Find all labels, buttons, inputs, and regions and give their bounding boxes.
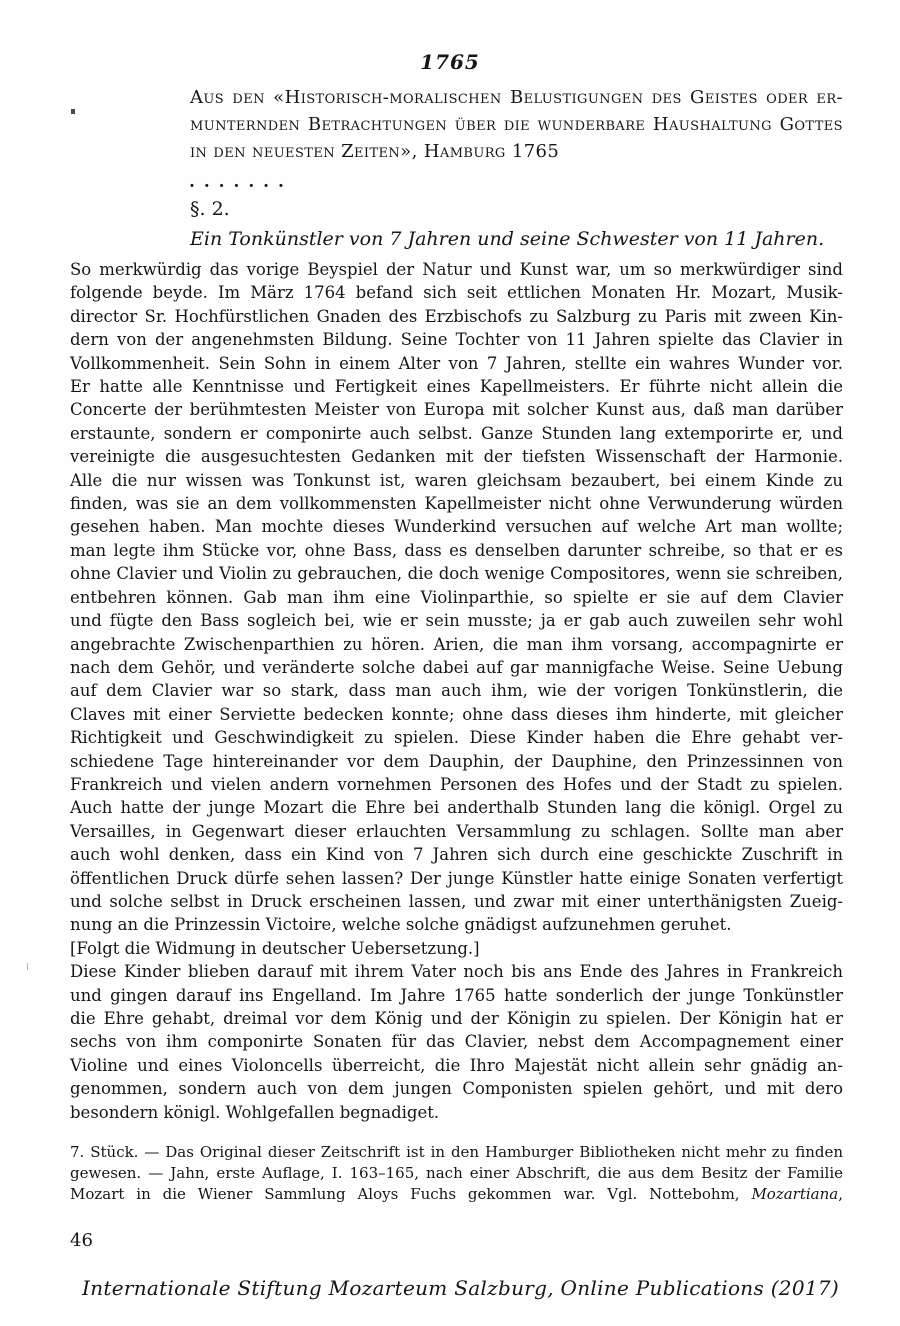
body-line: ohne Clavier und Violin zu gebrauchen, d… xyxy=(70,562,843,585)
source-citation-line: Aus den «Historisch-moralischen Belustig… xyxy=(190,84,843,111)
body-line: und fügte den Bass sogleich bei, wie er … xyxy=(70,609,843,632)
body-line: genommen, sondern auch von dem jungen Co… xyxy=(70,1077,843,1100)
section-number: §. 2. xyxy=(190,198,230,220)
body-line: angebrachte Zwischenparthien zu hören. A… xyxy=(70,633,843,656)
body-line: auch wohl denken, dass ein Kind von 7 Ja… xyxy=(70,843,843,866)
page-number: 46 xyxy=(70,1230,93,1251)
body-line: [Folgt die Widmung in deutscher Ueberset… xyxy=(70,937,843,960)
scan-artifact xyxy=(27,963,28,970)
body-line: Concerte der berühmtesten Meister von Eu… xyxy=(70,398,843,421)
body-line: entbehren können. Gab man ihm eine Violi… xyxy=(70,586,843,609)
body-line: Er hatte alle Kenntnisse und Fertigkeit … xyxy=(70,375,843,398)
body-line: folgende beyde. Im März 1764 befand sich… xyxy=(70,281,843,304)
body-line: Auch hatte der junge Mozart die Ehre bei… xyxy=(70,796,843,819)
body-line: nung an die Prinzessin Victoire, welche … xyxy=(70,913,843,936)
body-line: und gingen darauf ins Engelland. Im Jahr… xyxy=(70,984,843,1007)
body-line: finden, was sie an dem vollkommensten Ka… xyxy=(70,492,843,515)
body-line: Diese Kinder blieben darauf mit ihrem Va… xyxy=(70,960,843,983)
body-line: und solche selbst in Druck erscheinen la… xyxy=(70,890,843,913)
source-citation-heading: Aus den «Historisch-moralischen Belustig… xyxy=(190,84,843,165)
body-line: gesehen haben. Man mochte dieses Wunderk… xyxy=(70,515,843,538)
body-line: erstaunte, sondern er componirte auch se… xyxy=(70,422,843,445)
source-citation-line: in den neuesten Zeiten», Hamburg 1765 xyxy=(190,138,843,165)
body-line: dern von der angenehmsten Bildung. Seine… xyxy=(70,328,843,351)
running-head-year: 1765 xyxy=(0,50,900,74)
body-line: die Ehre gehabt, dreimal vor dem König u… xyxy=(70,1007,843,1030)
body-line: auf dem Clavier war so stark, dass man a… xyxy=(70,679,843,702)
article-subtitle: Ein Tonkünstler von 7 Jahren und seine S… xyxy=(190,228,824,250)
body-line: sechs von ihm componirte Sonaten für das… xyxy=(70,1030,843,1053)
publication-footer: Internationale Stiftung Mozarteum Salzbu… xyxy=(82,1276,839,1300)
scan-artifact xyxy=(71,109,75,114)
body-line: Alle die nur wissen was Tonkunst ist, wa… xyxy=(70,469,843,492)
body-line: Claves mit einer Serviette bedecken konn… xyxy=(70,703,843,726)
scanned-page: 1765 Aus den «Historisch-moralischen Bel… xyxy=(0,0,900,1326)
body-line: director Sr. Hochfürstlichen Gnaden des … xyxy=(70,305,843,328)
body-line: man legte ihm Stücke vor, ohne Bass, das… xyxy=(70,539,843,562)
body-line: nach dem Gehör, und veränderte solche da… xyxy=(70,656,843,679)
body-line: öffentlichen Druck dürfe sehen lassen? D… xyxy=(70,867,843,890)
body-line: schiedene Tage hintereinander vor dem Da… xyxy=(70,750,843,773)
footnote-line: gewesen. — Jahn, erste Auflage, I. 163–1… xyxy=(70,1163,843,1184)
ellipsis-dots: . . . . . . . xyxy=(189,172,285,192)
footnote: 7. Stück. — Das Original dieser Zeitschr… xyxy=(70,1142,843,1205)
body-line: besondern königl. Wohlgefallen begnadige… xyxy=(70,1101,843,1124)
body-line: Richtigkeit und Geschwindigkeit zu spiel… xyxy=(70,726,843,749)
body-line: Vollkommenheit. Sein Sohn in einem Alter… xyxy=(70,352,843,375)
body-line: Violine und eines Violoncells überreicht… xyxy=(70,1054,843,1077)
body-line: Frankreich und vielen andern vornehmen P… xyxy=(70,773,843,796)
article-body: So merkwürdig das vorige Beyspiel der Na… xyxy=(70,258,843,1124)
body-line: So merkwürdig das vorige Beyspiel der Na… xyxy=(70,258,843,281)
body-line: Versailles, in Gegenwart dieser erlaucht… xyxy=(70,820,843,843)
source-citation-line: munternden Betrachtungen über die wunder… xyxy=(190,111,843,138)
body-line: vereinigte die ausgesuchtesten Gedanken … xyxy=(70,445,843,468)
footnote-line: 7. Stück. — Das Original dieser Zeitschr… xyxy=(70,1142,843,1163)
footnote-line: Mozart in die Wiener Sammlung Aloys Fuch… xyxy=(70,1184,843,1205)
